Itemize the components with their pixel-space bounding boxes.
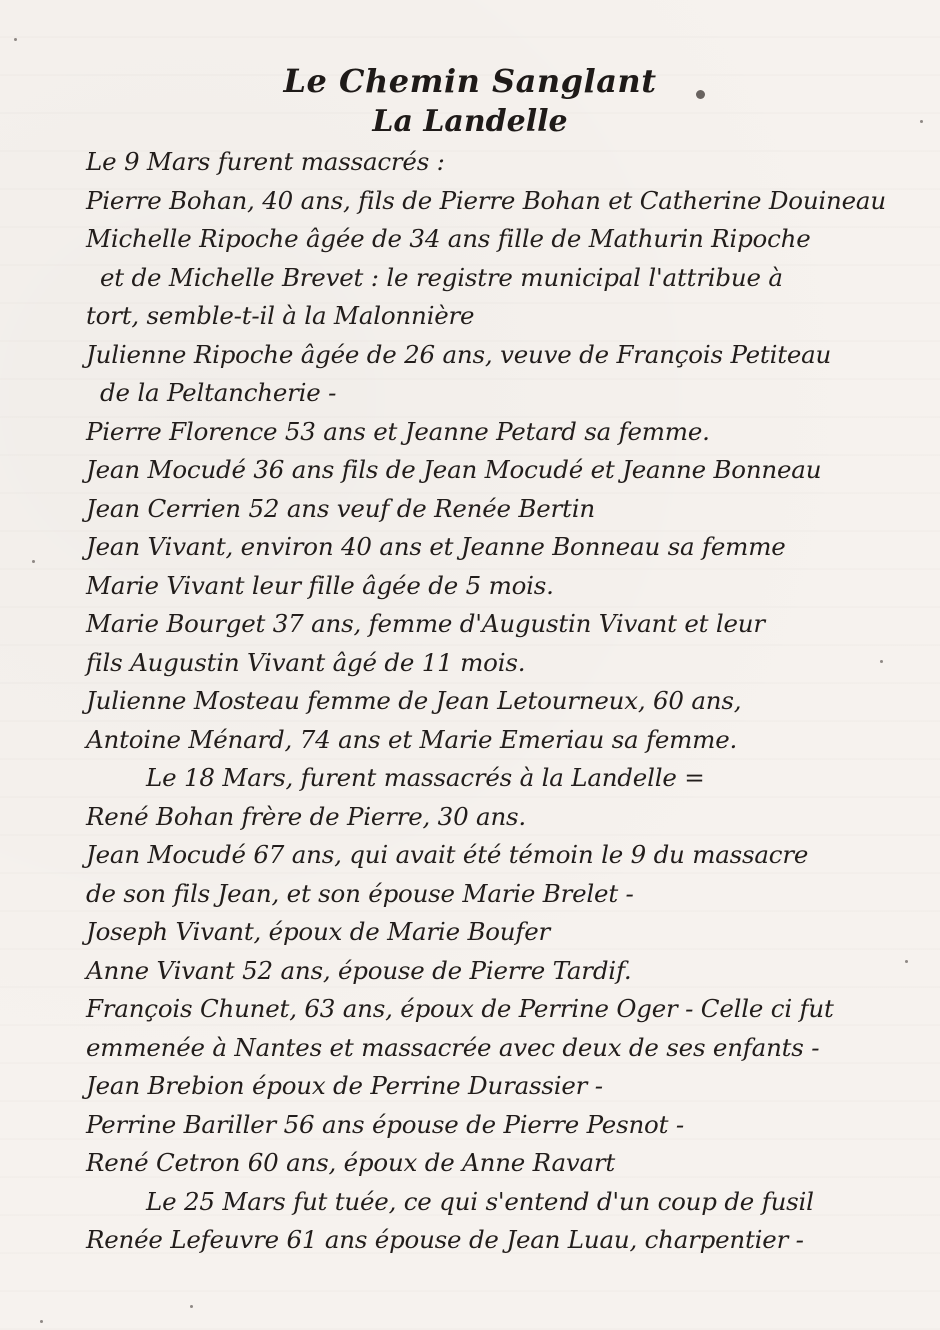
text-line: et de Michelle Brevet : le registre muni…: [86, 259, 876, 298]
text-line: Marie Bourget 37 ans, femme d'Augustin V…: [86, 605, 876, 644]
text-line: tort, semble-t-il à la Malonnière: [86, 297, 876, 336]
text-line: François Chunet, 63 ans, époux de Perrin…: [86, 990, 876, 1029]
speck: [190, 1305, 193, 1308]
text-line: Renée Lefeuvre 61 ans épouse de Jean Lua…: [86, 1221, 876, 1260]
text-line: Julienne Ripoche âgée de 26 ans, veuve d…: [86, 336, 876, 375]
text-line: Jean Mocudé 67 ans, qui avait été témoin…: [86, 836, 876, 875]
text-line: Anne Vivant 52 ans, épouse de Pierre Tar…: [86, 952, 876, 991]
text-line: Marie Vivant leur fille âgée de 5 mois.: [86, 567, 876, 606]
speck: [905, 960, 908, 963]
page-subtitle: La Landelle: [0, 104, 940, 139]
text-line: de la Peltancherie -: [86, 374, 876, 413]
text-line: fils Augustin Vivant âgé de 11 mois.: [86, 644, 876, 683]
text-line: Julienne Mosteau femme de Jean Letourneu…: [86, 682, 876, 721]
text-line: emmenée à Nantes et massacrée avec deux …: [86, 1029, 876, 1068]
text-line: Joseph Vivant, époux de Marie Boufer: [86, 913, 876, 952]
scanned-page: Le Chemin Sanglant La Landelle Le 9 Mars…: [0, 0, 940, 1330]
text-line: Antoine Ménard, 74 ans et Marie Emeriau …: [86, 721, 876, 760]
text-line: Jean Mocudé 36 ans fils de Jean Mocudé e…: [86, 451, 876, 490]
speck: [14, 38, 17, 41]
text-line: Michelle Ripoche âgée de 34 ans fille de…: [86, 220, 876, 259]
text-line: René Bohan frère de Pierre, 30 ans.: [86, 798, 876, 837]
text-line: Le 25 Mars fut tuée, ce qui s'entend d'u…: [86, 1183, 876, 1222]
speck: [880, 660, 883, 663]
text-line: Jean Vivant, environ 40 ans et Jeanne Bo…: [86, 528, 876, 567]
text-line: Jean Brebion époux de Perrine Durassier …: [86, 1067, 876, 1106]
speck: [40, 1320, 43, 1323]
text-line: Perrine Bariller 56 ans épouse de Pierre…: [86, 1106, 876, 1145]
text-line: Jean Cerrien 52 ans veuf de Renée Bertin: [86, 490, 876, 529]
text-line: Le 9 Mars furent massacrés :: [86, 143, 876, 182]
text-line: Le 18 Mars, furent massacrés à la Landel…: [86, 759, 876, 798]
text-line: de son fils Jean, et son épouse Marie Br…: [86, 875, 876, 914]
speck: [32, 560, 35, 563]
text-line: René Cetron 60 ans, époux de Anne Ravart: [86, 1144, 876, 1183]
text-line: Pierre Bohan, 40 ans, fils de Pierre Boh…: [86, 182, 876, 221]
handwritten-lines: Le 9 Mars furent massacrés :Pierre Bohan…: [86, 143, 876, 1260]
page-title: Le Chemin Sanglant: [0, 62, 940, 100]
text-line: Pierre Florence 53 ans et Jeanne Petard …: [86, 413, 876, 452]
